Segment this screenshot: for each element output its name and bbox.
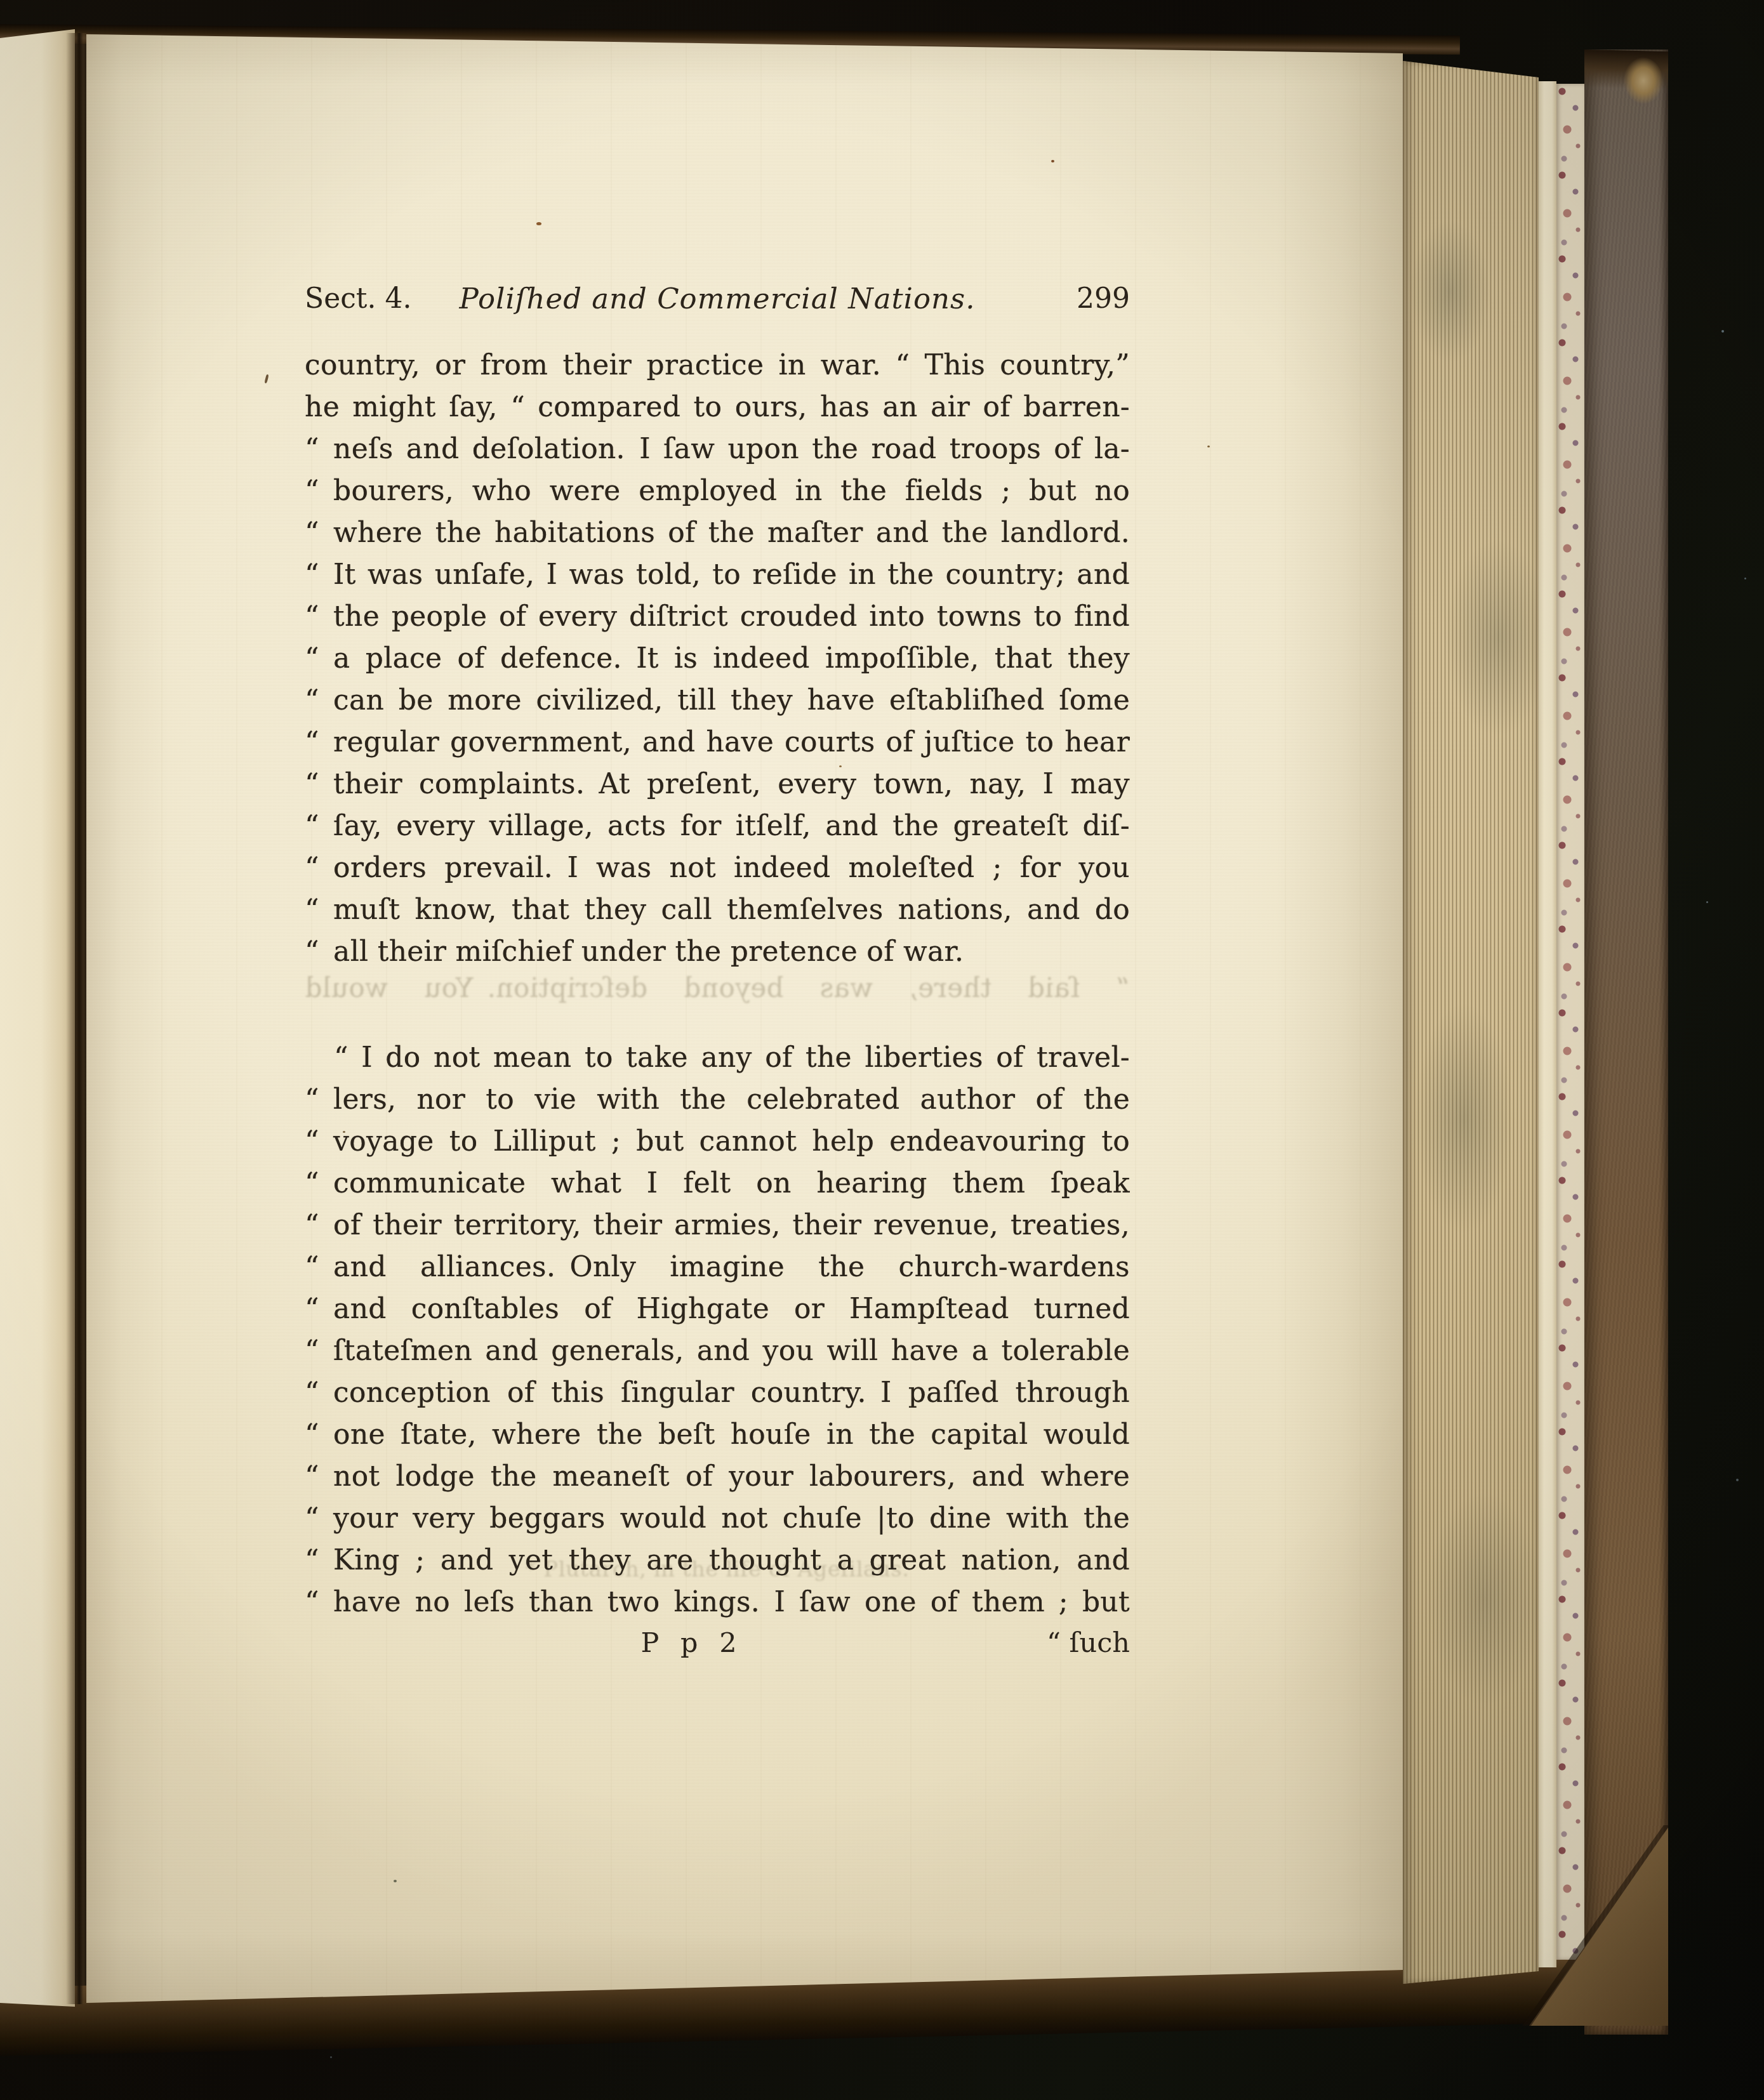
text-line: he might ſay, “ compared to ours, has an… [305, 386, 1130, 428]
text-line: “ the people of every diſtrict crouded i… [305, 596, 1130, 638]
book-photograph: Sect. 4. Poliſhed and Commercial Nations… [0, 0, 1764, 2100]
paper-speck [839, 765, 842, 767]
paper-speck [394, 1880, 397, 1882]
text-line: “ ſay, every village, acts for itſelf, a… [305, 805, 1130, 847]
text-line: “ regular government, and have courts of… [305, 722, 1130, 763]
text-line: “ bourers, who were employed in the fiel… [305, 470, 1130, 512]
paper-speck [536, 222, 541, 225]
paper-speck [1207, 446, 1210, 447]
paragraph-1: country, or from their practice in war. … [305, 345, 1130, 973]
text-line: “ your very beggars would not chuſe |to … [305, 1498, 1130, 1540]
ink-show-through-line: “ ſaid there, was beyond deſcription. Yo… [305, 967, 1130, 1009]
text-line: “ voyage to Lilliput ; but cannot help e… [305, 1121, 1130, 1163]
text-line: “ one ſtate, where the beſt houſe in the… [305, 1414, 1130, 1456]
text-line: “ and alliances. Only imagine the church… [305, 1246, 1130, 1288]
text-line: “ not lodge the meaneſt of your labourer… [305, 1456, 1130, 1498]
text-line: “ orders prevail. I was not indeed moleſ… [305, 847, 1130, 889]
text-line: country, or from their practice in war. … [305, 345, 1130, 386]
text-line: “ conception of this ſingular country. I… [305, 1372, 1130, 1414]
text-line: “ King ; and yet they are thought a grea… [305, 1540, 1130, 1582]
text-line: “ a place of defence. It is indeed impoſ… [305, 638, 1130, 680]
text-line: “ communicate what I felt on hearing the… [305, 1163, 1130, 1205]
text-line: “ It was unſafe, I was told, to reſide i… [305, 554, 1130, 596]
catchword: “ ſuch [889, 1622, 1130, 1664]
text-line: “ have no leſs than two kings. I ſaw one… [305, 1582, 1130, 1623]
text-line: “ lers, nor to vie with the celebrated a… [305, 1079, 1130, 1121]
text-line: “ of their territory, their armies, thei… [305, 1205, 1130, 1246]
text-line: “ muſt know, that they call themſelves n… [305, 889, 1130, 931]
paper-speck [1051, 160, 1054, 162]
text-line: “ their complaints. At preſent, every to… [305, 763, 1130, 805]
text-line: “ I do not mean to take any of the liber… [305, 1037, 1130, 1079]
text-line: “ all their miſchief under the pretence … [305, 931, 1130, 973]
page-number: 299 [876, 278, 1130, 320]
text-line: “ ſtateſmen and generals, and you will h… [305, 1330, 1130, 1372]
page-text-layer: Sect. 4. Poliſhed and Commercial Nations… [0, 0, 1764, 2100]
text-line: “ and conſtables of Highgate or Hampſtea… [305, 1288, 1130, 1330]
paper-speck [343, 1131, 345, 1133]
text-line: “ where the habitations of the maſter an… [305, 512, 1130, 554]
text-line: “ can be more civilized, till they have … [305, 680, 1130, 722]
paragraph-2: “ I do not mean to take any of the liber… [305, 1037, 1130, 1623]
text-line: “ neſs and deſolation. I ſaw upon the ro… [305, 428, 1130, 470]
